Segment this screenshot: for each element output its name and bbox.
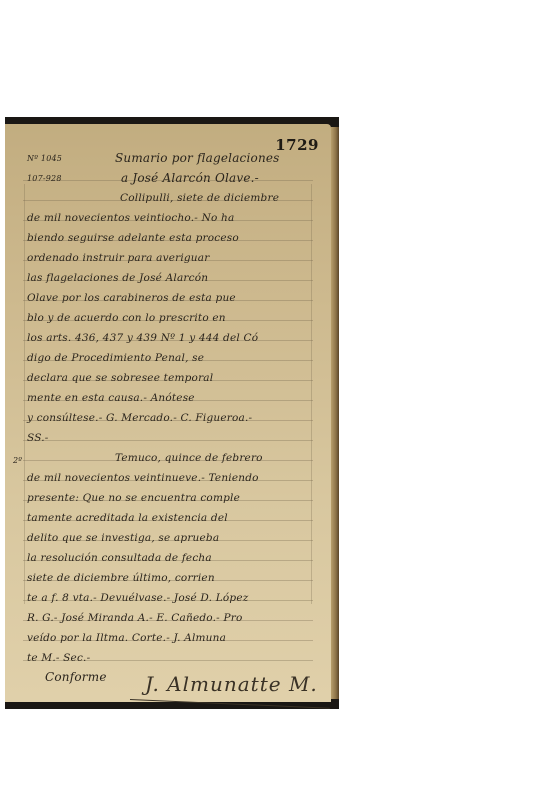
heading-line-1: Sumario por flagelaciones xyxy=(115,151,280,165)
entry1-line: digo de Procedimiento Penal, se xyxy=(27,352,204,364)
entry1-line: mente en esta causa.- Anótese xyxy=(27,392,195,404)
signature-underline xyxy=(130,699,330,709)
reference-note: 107-928 xyxy=(27,174,62,183)
closing-conforme: Conforme xyxy=(45,670,107,684)
entry2-line: la resolución consultada de fecha xyxy=(27,552,212,564)
entry2-line: presente: Que no se encuentra comple xyxy=(27,492,240,504)
entry2-line: te a f. 8 vta.- Devuélvase.- José D. Lóp… xyxy=(27,592,248,604)
entry1-line: biendo seguirse adelante esta proceso xyxy=(27,232,239,244)
left-margin-line xyxy=(24,184,25,604)
case-number-note: Nº 1045 xyxy=(27,154,62,163)
entry1-line: blo y de acuerdo con lo prescrito en xyxy=(27,312,226,324)
entry2-line: delito que se investiga, se aprueba xyxy=(27,532,219,544)
right-margin-line xyxy=(311,184,312,604)
entry1-line: las flagelaciones de José Alarcón xyxy=(27,272,208,284)
entry2-line: te M.- Sec.- xyxy=(27,652,90,664)
entry2-line: veído por la Iltma. Corte.- J. Almuna xyxy=(27,632,226,644)
folio-number: 1729 xyxy=(275,136,319,154)
entry2-line: R. G.- José Miranda A.- E. Cañedo.- Pro xyxy=(27,612,242,624)
entry1-line: y consúltese.- G. Mercado.- C. Figueroa.… xyxy=(27,412,252,424)
heading-line-2: a José Alarcón Olave.- xyxy=(121,171,259,185)
entry1-line: los arts. 436, 437 y 439 Nº 1 y 444 del … xyxy=(27,332,258,344)
entry1-line: ordenado instruir para averiguar xyxy=(27,252,209,264)
page-stack-edge xyxy=(331,127,339,699)
entry1-line: SS.- xyxy=(27,432,49,444)
entry1-line: Collipulli, siete de diciembre xyxy=(120,192,279,204)
ruled-line xyxy=(23,440,313,441)
entry1-line: Olave por los carabineros de esta pue xyxy=(27,292,236,304)
document-photo: 1729 Nº 1045 107-928 Sumario por flagela… xyxy=(5,117,339,709)
entry2-line: de mil novecientos veintinueve.- Teniend… xyxy=(27,472,259,484)
ledger-page: 1729 Nº 1045 107-928 Sumario por flagela… xyxy=(5,124,331,702)
entry-marker: 2º xyxy=(13,456,22,465)
entry1-line: declara que se sobresee temporal xyxy=(27,372,213,384)
signature: J. Almunatte M. xyxy=(145,672,318,696)
entry1-line: de mil novecientos veintiocho.- No ha xyxy=(27,212,234,224)
entry2-line: Temuco, quince de febrero xyxy=(115,452,263,464)
entry2-line: siete de diciembre último, corrien xyxy=(27,572,215,584)
entry2-line: tamente acreditada la existencia del xyxy=(27,512,228,524)
